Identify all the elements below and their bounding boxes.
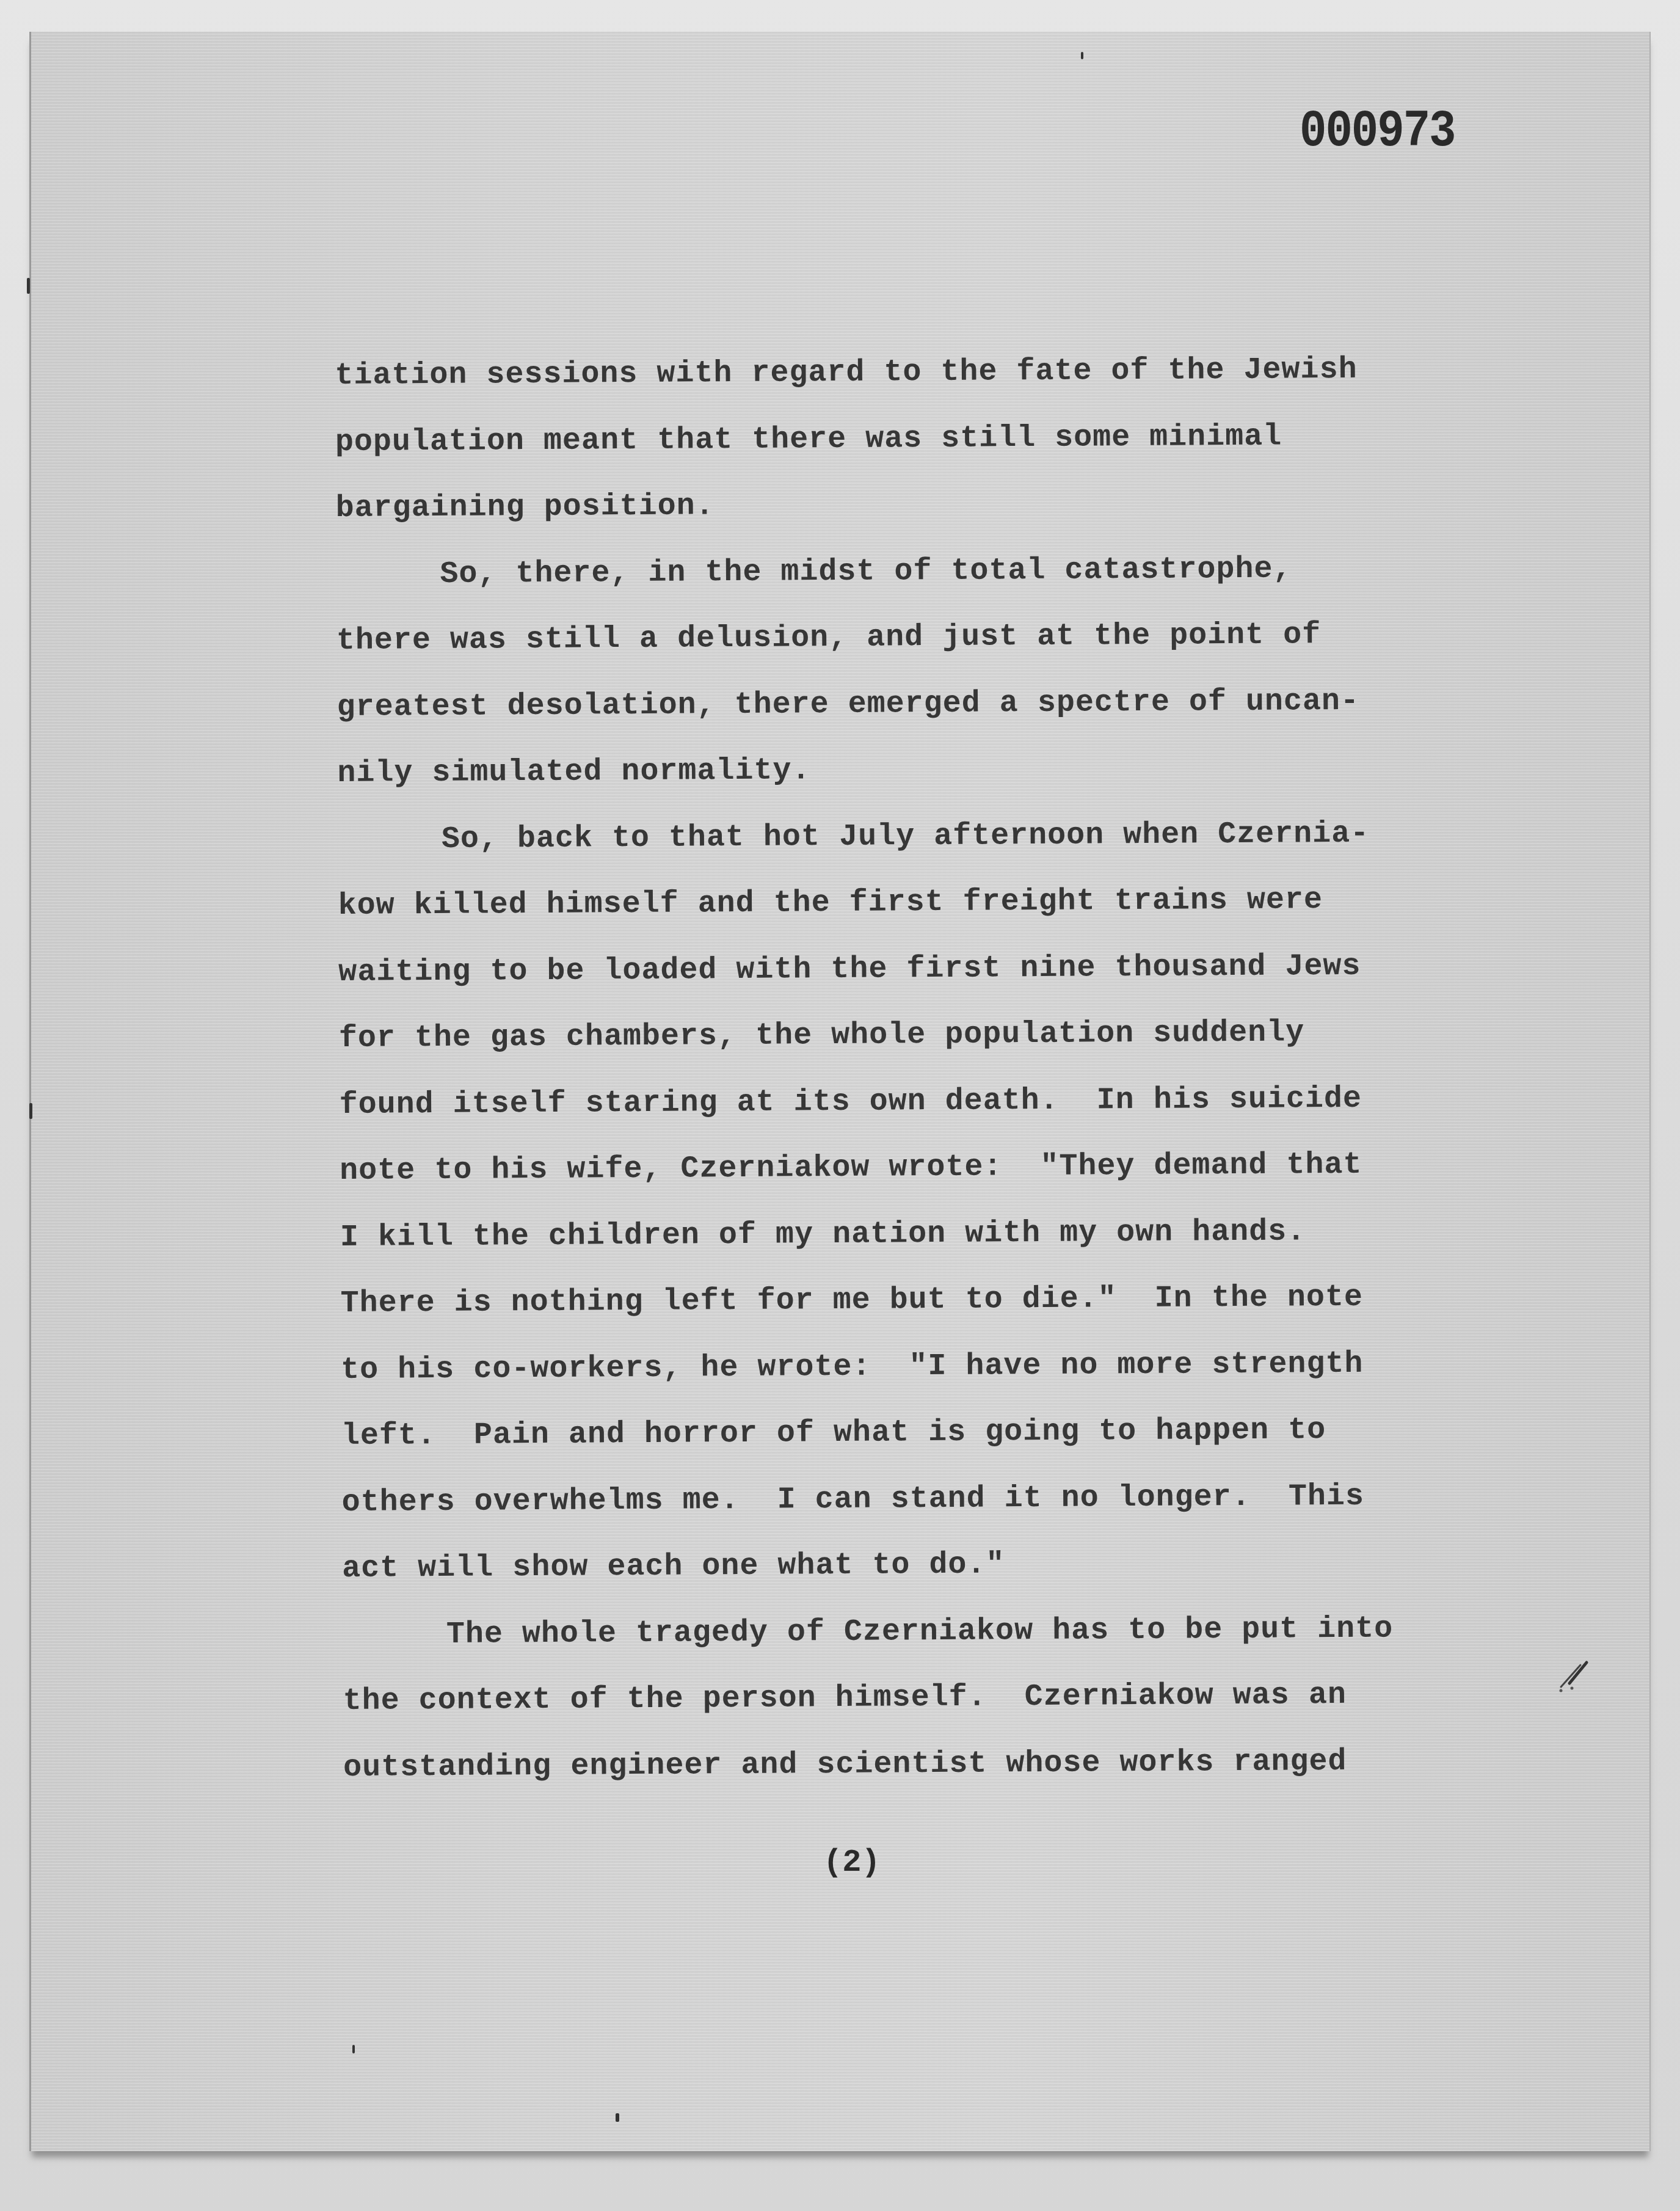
text-line: act will show each one what to do." xyxy=(342,1529,1503,1602)
text-line: the context of the person himself. Czern… xyxy=(343,1661,1504,1735)
text-line: others overwhelms me. I can stand it no … xyxy=(341,1463,1502,1536)
text-line: left. Pain and horror of what is going t… xyxy=(341,1396,1502,1470)
margin-tick-mark xyxy=(27,278,30,294)
text-line: to his co-workers, he wrote: "I have no … xyxy=(341,1330,1502,1404)
text-line: nily simulated normality. xyxy=(337,734,1498,807)
text-line: bargaining position. xyxy=(335,468,1496,542)
ink-speck xyxy=(1081,52,1083,59)
ink-speck xyxy=(352,2045,355,2053)
text-line: there was still a delusion, and just at … xyxy=(336,601,1497,674)
text-line: for the gas chambers, the whole populati… xyxy=(339,999,1500,1072)
paragraph-start-line: So, back to that hot July afternoon when… xyxy=(338,800,1499,873)
text-line: outstanding engineer and scientist whose… xyxy=(343,1728,1504,1801)
text-line: note to his wife, Czerniakow wrote: "The… xyxy=(340,1131,1500,1204)
text-line: kow killed himself and the first freight… xyxy=(338,866,1499,939)
text-line: There is nothing left for me but to die.… xyxy=(340,1264,1501,1337)
document-body: tiation sessions with regard to the fate… xyxy=(335,336,1504,1801)
pencil-slash-mark-icon xyxy=(1556,1656,1593,1693)
text-line: tiation sessions with regard to the fate… xyxy=(335,336,1496,409)
margin-tick-mark xyxy=(29,1103,32,1119)
text-line: found itself staring at its own death. I… xyxy=(339,1065,1500,1138)
text-line: greatest desolation, there emerged a spe… xyxy=(336,668,1497,741)
text-line: waiting to be loaded with the first nine… xyxy=(338,933,1499,1006)
text-line: population meant that there was still so… xyxy=(335,402,1496,476)
paragraph-start-line: The whole tragedy of Czerniakow has to b… xyxy=(343,1595,1504,1669)
ink-speck xyxy=(616,2113,619,2122)
paragraph-start-line: So, there, in the midst of total catastr… xyxy=(336,535,1497,608)
text-line: I kill the children of my nation with my… xyxy=(340,1198,1501,1271)
page-number: (2) xyxy=(823,1845,881,1881)
document-number-stamp: 000973 xyxy=(1300,103,1455,162)
